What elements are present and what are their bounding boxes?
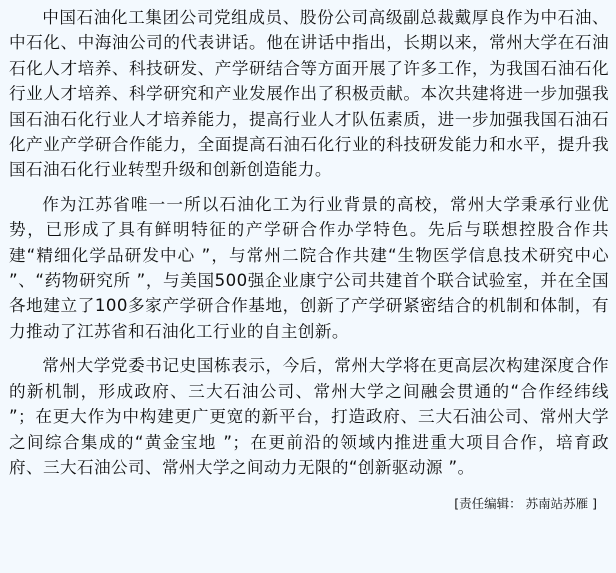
article-paragraph-3: 常州大学党委书记史国栋表示，今后，常州大学将在更高层次构建深度合作的新机制，形成… bbox=[9, 353, 609, 480]
article-paragraph-1: 中国石油化工集团公司党组成员、股份公司高级副总裁戴厚良作为中石油、中石化、中海油… bbox=[9, 5, 609, 183]
article-paragraph-2: 作为江苏省唯一一所以石油化工为行业背景的高校，常州大学秉承行业优势，已形成了具有… bbox=[9, 192, 609, 344]
article-body: 中国石油化工集团公司党组成员、股份公司高级副总裁戴厚良作为中石油、中石化、中海油… bbox=[0, 0, 609, 512]
responsible-editor: [责任编辑： 苏南站苏雁 ] bbox=[9, 494, 609, 512]
